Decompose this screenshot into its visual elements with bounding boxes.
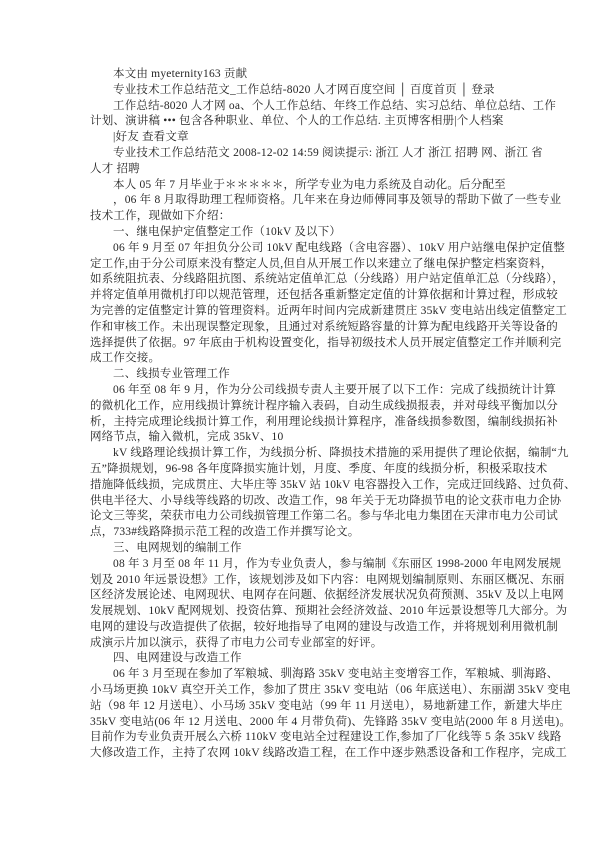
text-line: |好友 查看文章 bbox=[90, 130, 576, 146]
text-line: 08 年 3 月至 08 年 11 月，作为专业负责人，参与编制《东丽区 199… bbox=[90, 557, 576, 573]
text-line: 点，733#线路降损示范工程的改造工作并撰写论文。 bbox=[90, 525, 576, 541]
text-line: 区经济发展论述、电网现状、电网存在问题、依据经济发展状况负荷预测、35kV 及以… bbox=[90, 588, 576, 604]
text-line: 06 年 9 月至 07 年担负分公司 10kV 配电线路（含电容器）、10kV… bbox=[90, 241, 576, 257]
text-line: 发展规划、10kV 配网规划、投资估算、预期社会经济效益、2010 年远景设想等… bbox=[90, 604, 576, 620]
text-line: ，06 年 8 月取得助理工程师资格。几年来在身边师傅同事及领导的帮助下做了一些… bbox=[90, 193, 576, 209]
text-line: 大修改造工作，主持了农网 10kV 线路改造工程，在工作中逐步熟悉设备和工作程序… bbox=[90, 746, 576, 762]
text-line: 专业技术工作总结范文 2008-12-02 14:59 阅读提示: 浙江 人才 … bbox=[90, 146, 576, 162]
text-line: 人才 招聘 bbox=[90, 162, 576, 178]
text-line: kV 线路理论线损计算工作，为线损分析、降损技术措施的采用提供了理论依据，编制“… bbox=[90, 446, 576, 462]
text-line: 成演示片加以演示，获得了市电力公司专业部室的好评。 bbox=[90, 636, 576, 652]
text-line: 五”降损规划，96-98 各年度降损实施计划，月度、季度、年度的线损分析，积极采… bbox=[90, 462, 576, 478]
text-line: 06 年 3 月至现在参加了军粮城、驯海路 35kV 变电站主变增容工作，军粮城… bbox=[90, 667, 576, 683]
text-line: 工作总结-8020 人才网 oa、个人工作总结、年终工作总结、实习总结、单位总结… bbox=[90, 99, 576, 115]
text-line: 划及 2010 年远景设想》工作，该规划涉及如下内容：电网规划编制原则、东丽区概… bbox=[90, 573, 576, 589]
text-line: 专业技术工作总结范文_工作总结-8020 人才网百度空间 │ 百度首页 │ 登录 bbox=[90, 83, 576, 99]
text-line: 计划、演讲稿 ••• 包含各种职业、单位、个人的工作总结. 主页博客相册|个人档… bbox=[90, 114, 576, 130]
text-line: 本文由 myeternity163 贡献 bbox=[90, 67, 576, 83]
text-line: 供电半径大、小导线等线路的切改、改造工作，98 年关于无功降损节电的论文获市电力… bbox=[90, 494, 576, 510]
text-line: 小马场更换 10kV 真空开关工作，参加了贯庄 35kV 变电站（06 年底送电… bbox=[90, 683, 576, 699]
text-line: 电网的建设与改造提供了依据，较好地指导了电网的建设与改造工作，并将规划利用微机制 bbox=[90, 620, 576, 636]
text-line: 网络节点，输入微机，完成 35kV、10 bbox=[90, 430, 576, 446]
text-line: 成工作交接。 bbox=[90, 351, 576, 367]
text-line: 一、继电保护定值整定工作（10kV 及以下） bbox=[90, 225, 576, 241]
text-line: 技术工作，现做如下介绍： bbox=[90, 209, 576, 225]
document-body: 本文由 myeternity163 贡献专业技术工作总结范文_工作总结-8020… bbox=[90, 67, 576, 762]
text-line: 定工作,由于分公司原来没有整定人员,但自从开展工作以来建立了继电保护整定档案资料… bbox=[90, 257, 576, 273]
text-line: 如系统阻抗表、分线路阻抗图、系统站定值单汇总（分线路）用户站定值单汇总（分线路）… bbox=[90, 272, 576, 288]
text-line: 论文三等奖，荣获市电力公司线损管理工作第二名。参与华北电力集团在天津市电力公司试 bbox=[90, 509, 576, 525]
text-line: 作和审核工作。未出现误整定现象，且通过对系统短路容量的计算为配电线路开关等设备的 bbox=[90, 320, 576, 336]
text-line: 本人 05 年 7 月毕业于＊＊＊＊＊，所学专业为电力系统及自动化。后分配至 bbox=[90, 178, 576, 194]
text-line: 四、电网建设与改造工作 bbox=[90, 651, 576, 667]
text-line: 措施降低线损，完成贯庄、大毕庄等 35kV 站 10kV 电容器投入工作，完成迂… bbox=[90, 478, 576, 494]
text-line: 为完善的定值整定计算的管理资料。近两年时间内完成新建贯庄 35kV 变电站出线定… bbox=[90, 304, 576, 320]
text-line: 站（98 年 12 月送电）、小马场 35kV 变电站（99 年 11 月送电）… bbox=[90, 699, 576, 715]
text-line: 选择提供了依据。97 年底由于机构设置变化，指导初级技术人员开展定值整定工作并顺… bbox=[90, 336, 576, 352]
text-line: 目前作为专业负责开展么六桥 110kV 变电站全过程建设工作,参加了厂化线等 5… bbox=[90, 730, 576, 746]
text-line: 06 年至 08 年 9 月，作为分公司线损专责人主要开展了以下工作：完成了线损… bbox=[90, 383, 576, 399]
text-line: 35kV 变电站(06 年 12 月送电、2000 年 4 月带负荷)、先锋路 … bbox=[90, 715, 576, 731]
text-line: 的微机化工作，应用线损计算统计程序输入表码，自动生成线损报表，并对母线平衡加以分 bbox=[90, 399, 576, 415]
text-line: 三、电网规划的编制工作 bbox=[90, 541, 576, 557]
text-line: 并将定值单用微机打印以规范管理，还包括各重新整定定值的计算依据和计算过程，形成较 bbox=[90, 288, 576, 304]
document-page: 本文由 myeternity163 贡献专业技术工作总结范文_工作总结-8020… bbox=[0, 0, 600, 850]
text-line: 二、线损专业管理工作 bbox=[90, 367, 576, 383]
text-line: 析，主持完成理论线损计算工作，利用理论线损计算程序，准备线损参数图，编制线损拓补 bbox=[90, 415, 576, 431]
